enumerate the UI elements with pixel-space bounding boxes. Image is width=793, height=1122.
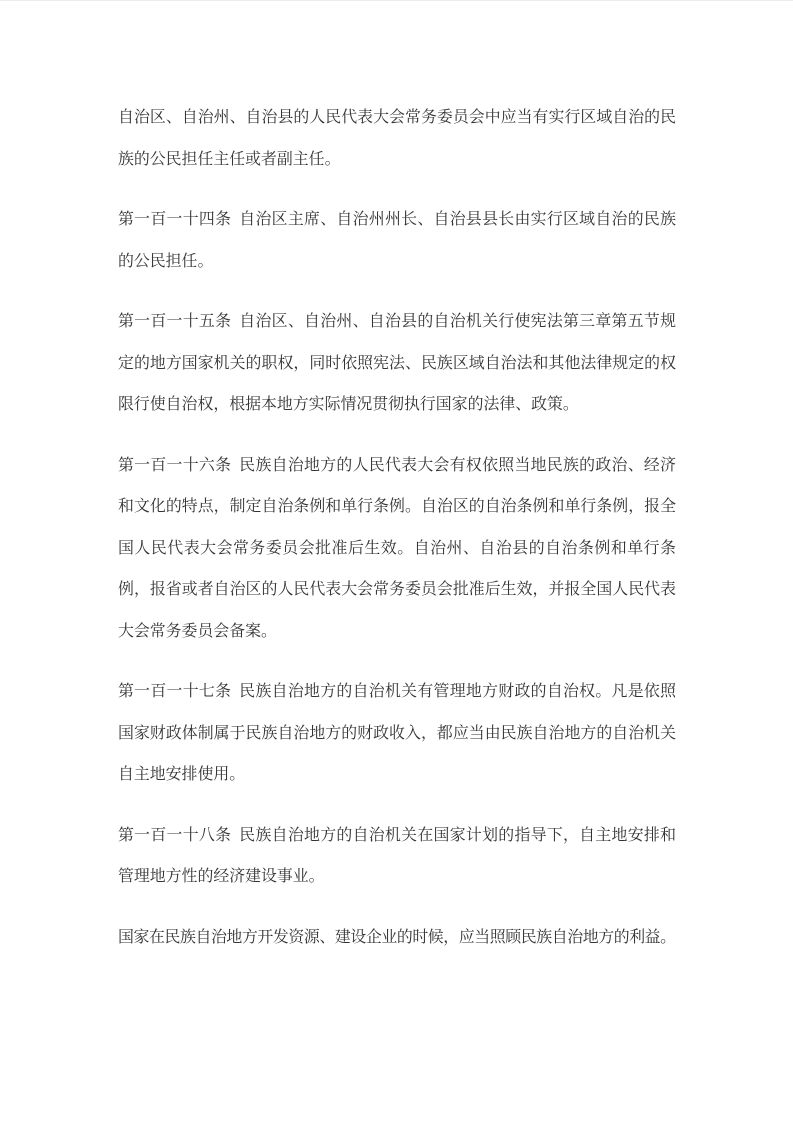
- article-number: 第一百一十四条: [118, 211, 231, 228]
- paragraph: 自治区、自治州、自治县的人民代表大会常务委员会中应当有实行区域自治的民族的公民担…: [118, 97, 676, 180]
- paragraph-text: 民族自治地方的人民代表大会有权依照当地民族的政治、经济和文化的特点，制定自治条例…: [118, 457, 676, 640]
- document-page: 自治区、自治州、自治县的人民代表大会常务委员会中应当有实行区域自治的民族的公民担…: [0, 0, 793, 1122]
- article-number: 第一百一十七条: [118, 683, 231, 700]
- article-number: 第一百一十五条: [118, 313, 231, 330]
- article-number: 第一百一十八条: [118, 827, 231, 844]
- paragraph: 第一百一十七条民族自治地方的自治机关有管理地方财政的自治权。凡是依照国家财政体制…: [118, 671, 676, 796]
- paragraph: 第一百一十四条自治区主席、自治州州长、自治县县长由实行区域自治的民族的公民担任。: [118, 199, 676, 282]
- article-number: 第一百一十六条: [118, 457, 231, 474]
- paragraph: 国家在民族自治地方开发资源、建设企业的时候，应当照顾民族自治地方的利益。: [118, 917, 676, 959]
- paragraph: 第一百一十六条民族自治地方的人民代表大会有权依照当地民族的政治、经济和文化的特点…: [118, 445, 676, 653]
- paragraph: 第一百一十五条自治区、自治州、自治县的自治机关行使宪法第三章第五节规定的地方国家…: [118, 301, 676, 426]
- paragraph-text: 国家在民族自治地方开发资源、建设企业的时候，应当照顾民族自治地方的利益。: [118, 929, 676, 946]
- paragraph-text: 自治区、自治州、自治县的人民代表大会常务委员会中应当有实行区域自治的民族的公民担…: [118, 109, 676, 168]
- paragraph: 第一百一十八条民族自治地方的自治机关在国家计划的指导下，自主地安排和管理地方性的…: [118, 815, 676, 898]
